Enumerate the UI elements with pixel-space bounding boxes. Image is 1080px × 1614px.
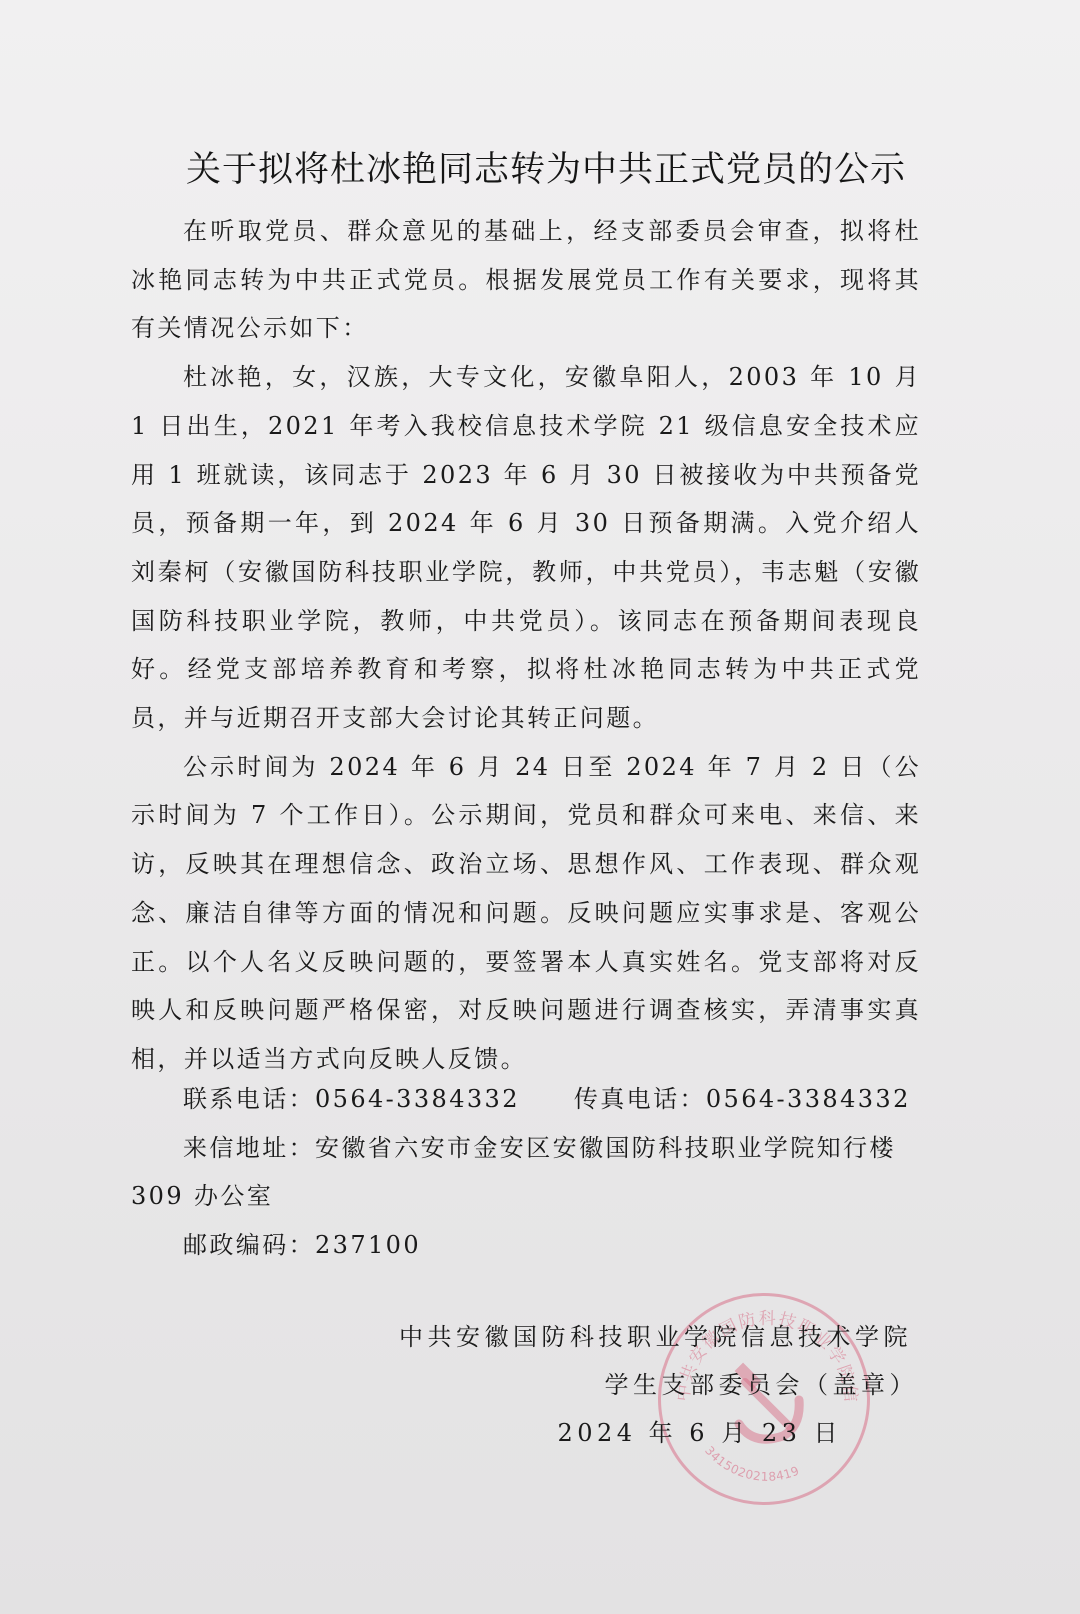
postcode-value: 237100 [315,1231,421,1259]
paragraph-publicity-period: 公示时间为 2024 年 6 月 24 日至 2024 年 7 月 2 日（公示… [131,743,921,1084]
fax-value: 0564-3384332 [706,1085,911,1113]
postcode-label: 邮政编码： [183,1231,315,1259]
issuing-org: 中共安徽国防科技职业学院信息技术学院 [399,1313,912,1361]
contact-info: 联系电话：0564-3384332传真电话：0564-3384332 来信地址：… [131,1075,931,1270]
signature-block: 中共安徽国防科技职业学院信息技术学院 学生支部委员会（盖章） 2024 年 6 … [399,1313,912,1457]
document-page: 关于拟将杜冰艳同志转为中共正式党员的公示 在听取党员、群众意见的基础上，经支部委… [0,0,1080,1614]
paragraph-candidate-info: 杜冰艳，女，汉族，大专文化，安徽阜阳人，2003 年 10 月 1 日出生，20… [131,353,921,743]
phone-row: 联系电话：0564-3384332传真电话：0564-3384332 [131,1075,931,1124]
issue-date: 2024 年 6 月 23 日 [399,1409,842,1457]
phone-label: 联系电话： [183,1085,315,1113]
address-label: 来信地址： [183,1134,315,1162]
postcode-row: 邮政编码：237100 [131,1221,931,1270]
phone-value: 0564-3384332 [315,1085,520,1113]
address-row-continued: 309 办公室 [131,1172,931,1221]
document-title: 关于拟将杜冰艳同志转为中共正式党员的公示 [0,142,1080,192]
address-line2: 309 办公室 [131,1182,273,1210]
address-row: 来信地址：安徽省六安市金安区安徽国防科技职业学院知行楼 [131,1124,931,1173]
document-body: 在听取党员、群众意见的基础上，经支部委员会审查，拟将杜冰艳同志转为中共正式党员。… [131,207,921,1084]
address-line1: 安徽省六安市金安区安徽国防科技职业学院知行楼 [315,1134,896,1162]
paragraph-intro: 在听取党员、群众意见的基础上，经支部委员会审查，拟将杜冰艳同志转为中共正式党员。… [131,207,921,353]
issuing-committee: 学生支部委员会（盖章） [399,1361,918,1409]
fax-label: 传真电话： [574,1085,706,1113]
